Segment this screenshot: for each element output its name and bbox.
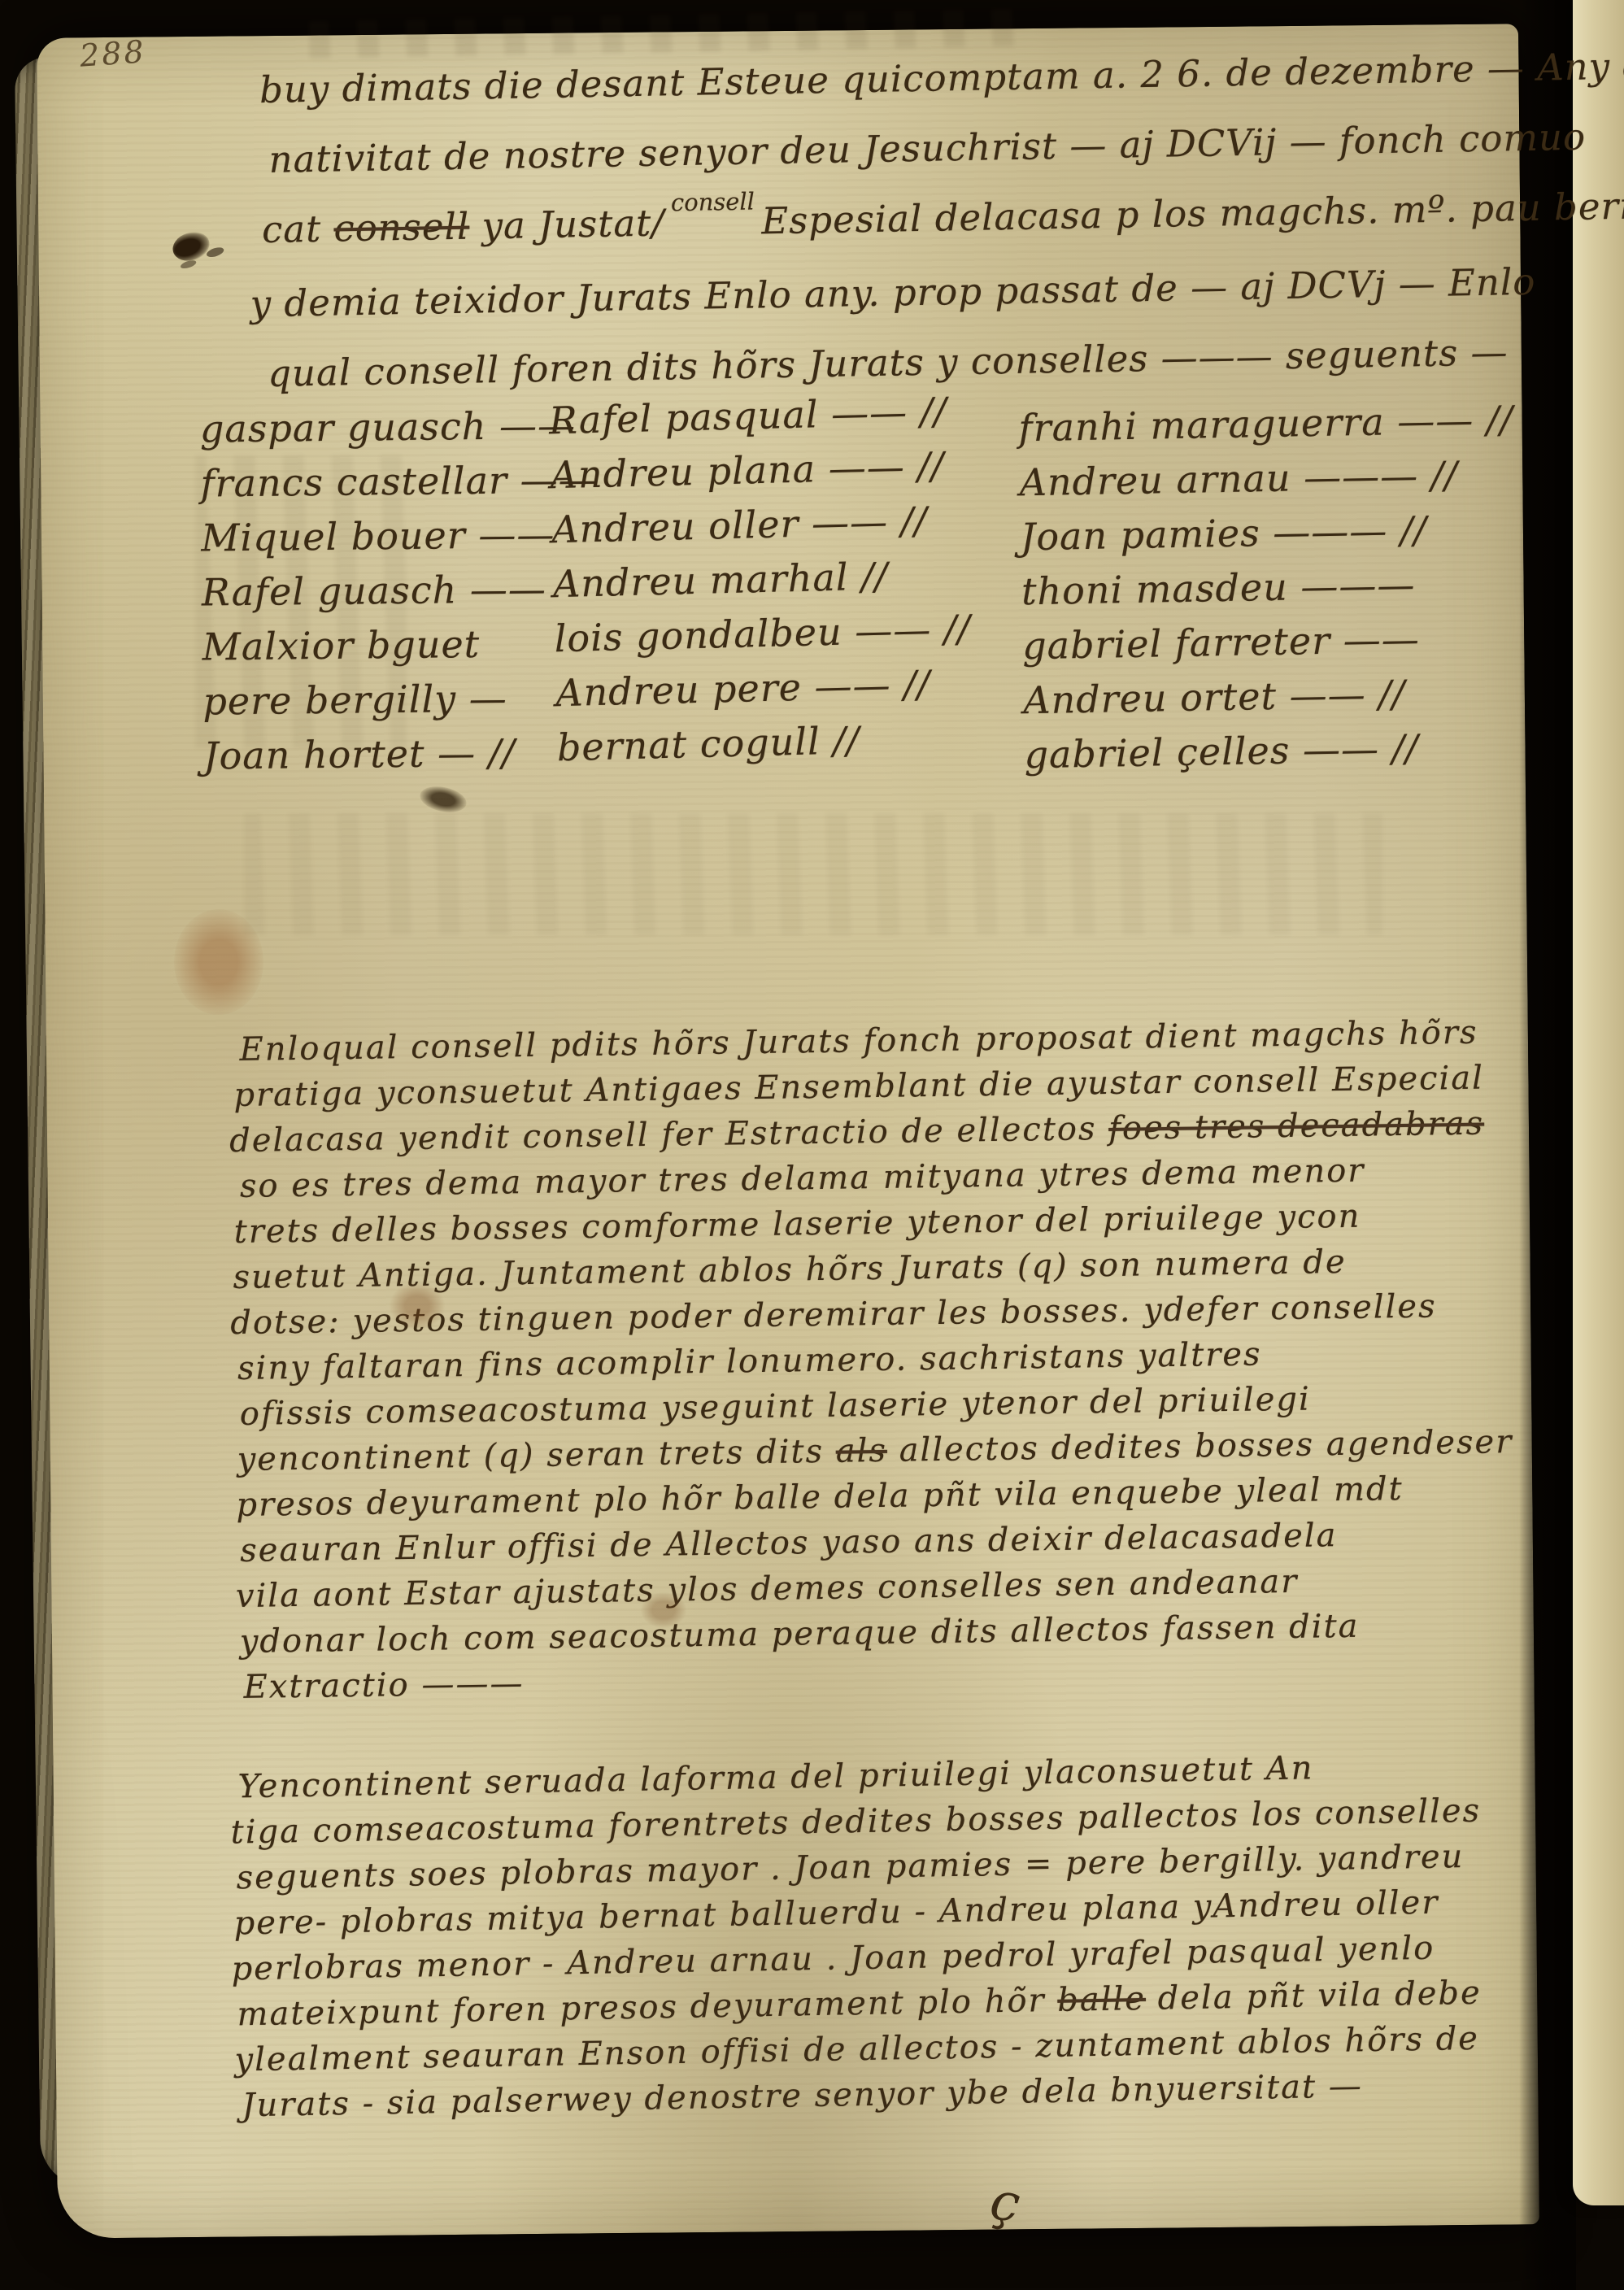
- extraction-paragraph: Yencontinent seruada laforma del priuile…: [237, 1743, 1486, 2129]
- attendee-name: Andreu ortet —— //: [1023, 665, 1518, 729]
- attendee-name: gaspar guasch ——: [200, 398, 597, 456]
- paragraph-line-segment: yencontinent (q) seran trets dits: [237, 1433, 836, 1478]
- paragraph-line-segment: dela pñt vila debe: [1146, 1974, 1482, 2018]
- attendee-name: Andreu pere —— //: [555, 656, 973, 721]
- attendee-name: Rafel pasqual —— //: [548, 384, 966, 448]
- small-stain: [641, 1592, 686, 1628]
- small-stain: [389, 1282, 446, 1330]
- heading-struck-word: consell: [333, 205, 470, 250]
- attendee-name: Rafel guasch ——: [202, 561, 599, 620]
- heading-line-segment: ya Justat/: [469, 201, 665, 247]
- paragraph-line-segment: delacasa yendit consell fer Estractio de…: [229, 1110, 1109, 1160]
- resolution-paragraph: Enloqual consell pdits hõrs Jurats fonch…: [239, 1009, 1516, 1710]
- paragraph-struck-words: foes tres decadabras: [1108, 1105, 1485, 1147]
- attendee-name: Malxior bguet: [202, 616, 599, 674]
- attendee-name: gabriel çelles —— //: [1024, 720, 1519, 783]
- attendee-name: Andreu marhal //: [552, 547, 970, 612]
- attendee-name: Andreu arnau ——— //: [1019, 447, 1514, 511]
- attendee-column-1: gaspar guasch —— francs castellar —— Miq…: [200, 398, 600, 783]
- attendee-name: Joan pamies ——— //: [1020, 502, 1515, 565]
- manuscript-photo: 288 buy dimats die desant Esteue quicomp…: [0, 0, 1624, 2290]
- paragraph-struck-word: balle: [1057, 1980, 1147, 2019]
- attendee-name: franhi maraguerra —— //: [1018, 393, 1513, 456]
- heading-paragraph: buy dimats die desant Esteue quicomptam …: [259, 29, 1624, 409]
- attendee-name: Andreu oller —— //: [551, 493, 969, 557]
- heading-line-segment: Espesial delacasa p los magchs. mº. pau …: [761, 184, 1624, 242]
- attendee-name: Joan hortet — //: [203, 725, 600, 783]
- rust-stain: [174, 909, 263, 1015]
- attendee-name: pere bergilly —: [202, 670, 599, 729]
- verso-show-through: [244, 813, 1382, 935]
- heading-line-segment: cat: [262, 207, 334, 252]
- attendee-column-2: Rafel pasqual —— // Andreu plana —— // A…: [548, 384, 974, 775]
- attendee-name: lois gondalbeu —— //: [554, 602, 972, 666]
- attendee-name: thoni masdeu ———: [1021, 556, 1516, 620]
- attendee-name: Andreu plana —— //: [550, 438, 968, 503]
- attendee-name: bernat cogull //: [556, 711, 974, 775]
- attendee-name: Miquel bouer ——: [201, 507, 598, 565]
- folio-number: 288: [79, 33, 147, 74]
- attendee-name: francs castellar ——: [200, 452, 597, 511]
- attendee-column-3: franhi maraguerra —— // Andreu arnau ———…: [1018, 393, 1520, 783]
- paragraph-struck-word: als: [835, 1432, 887, 1470]
- paragraph-line-segment: allectos dedites bosses agendeser: [887, 1423, 1513, 1469]
- heading-inserted-word: consell: [671, 187, 755, 216]
- attendee-name: gabriel farreter ——: [1022, 611, 1517, 674]
